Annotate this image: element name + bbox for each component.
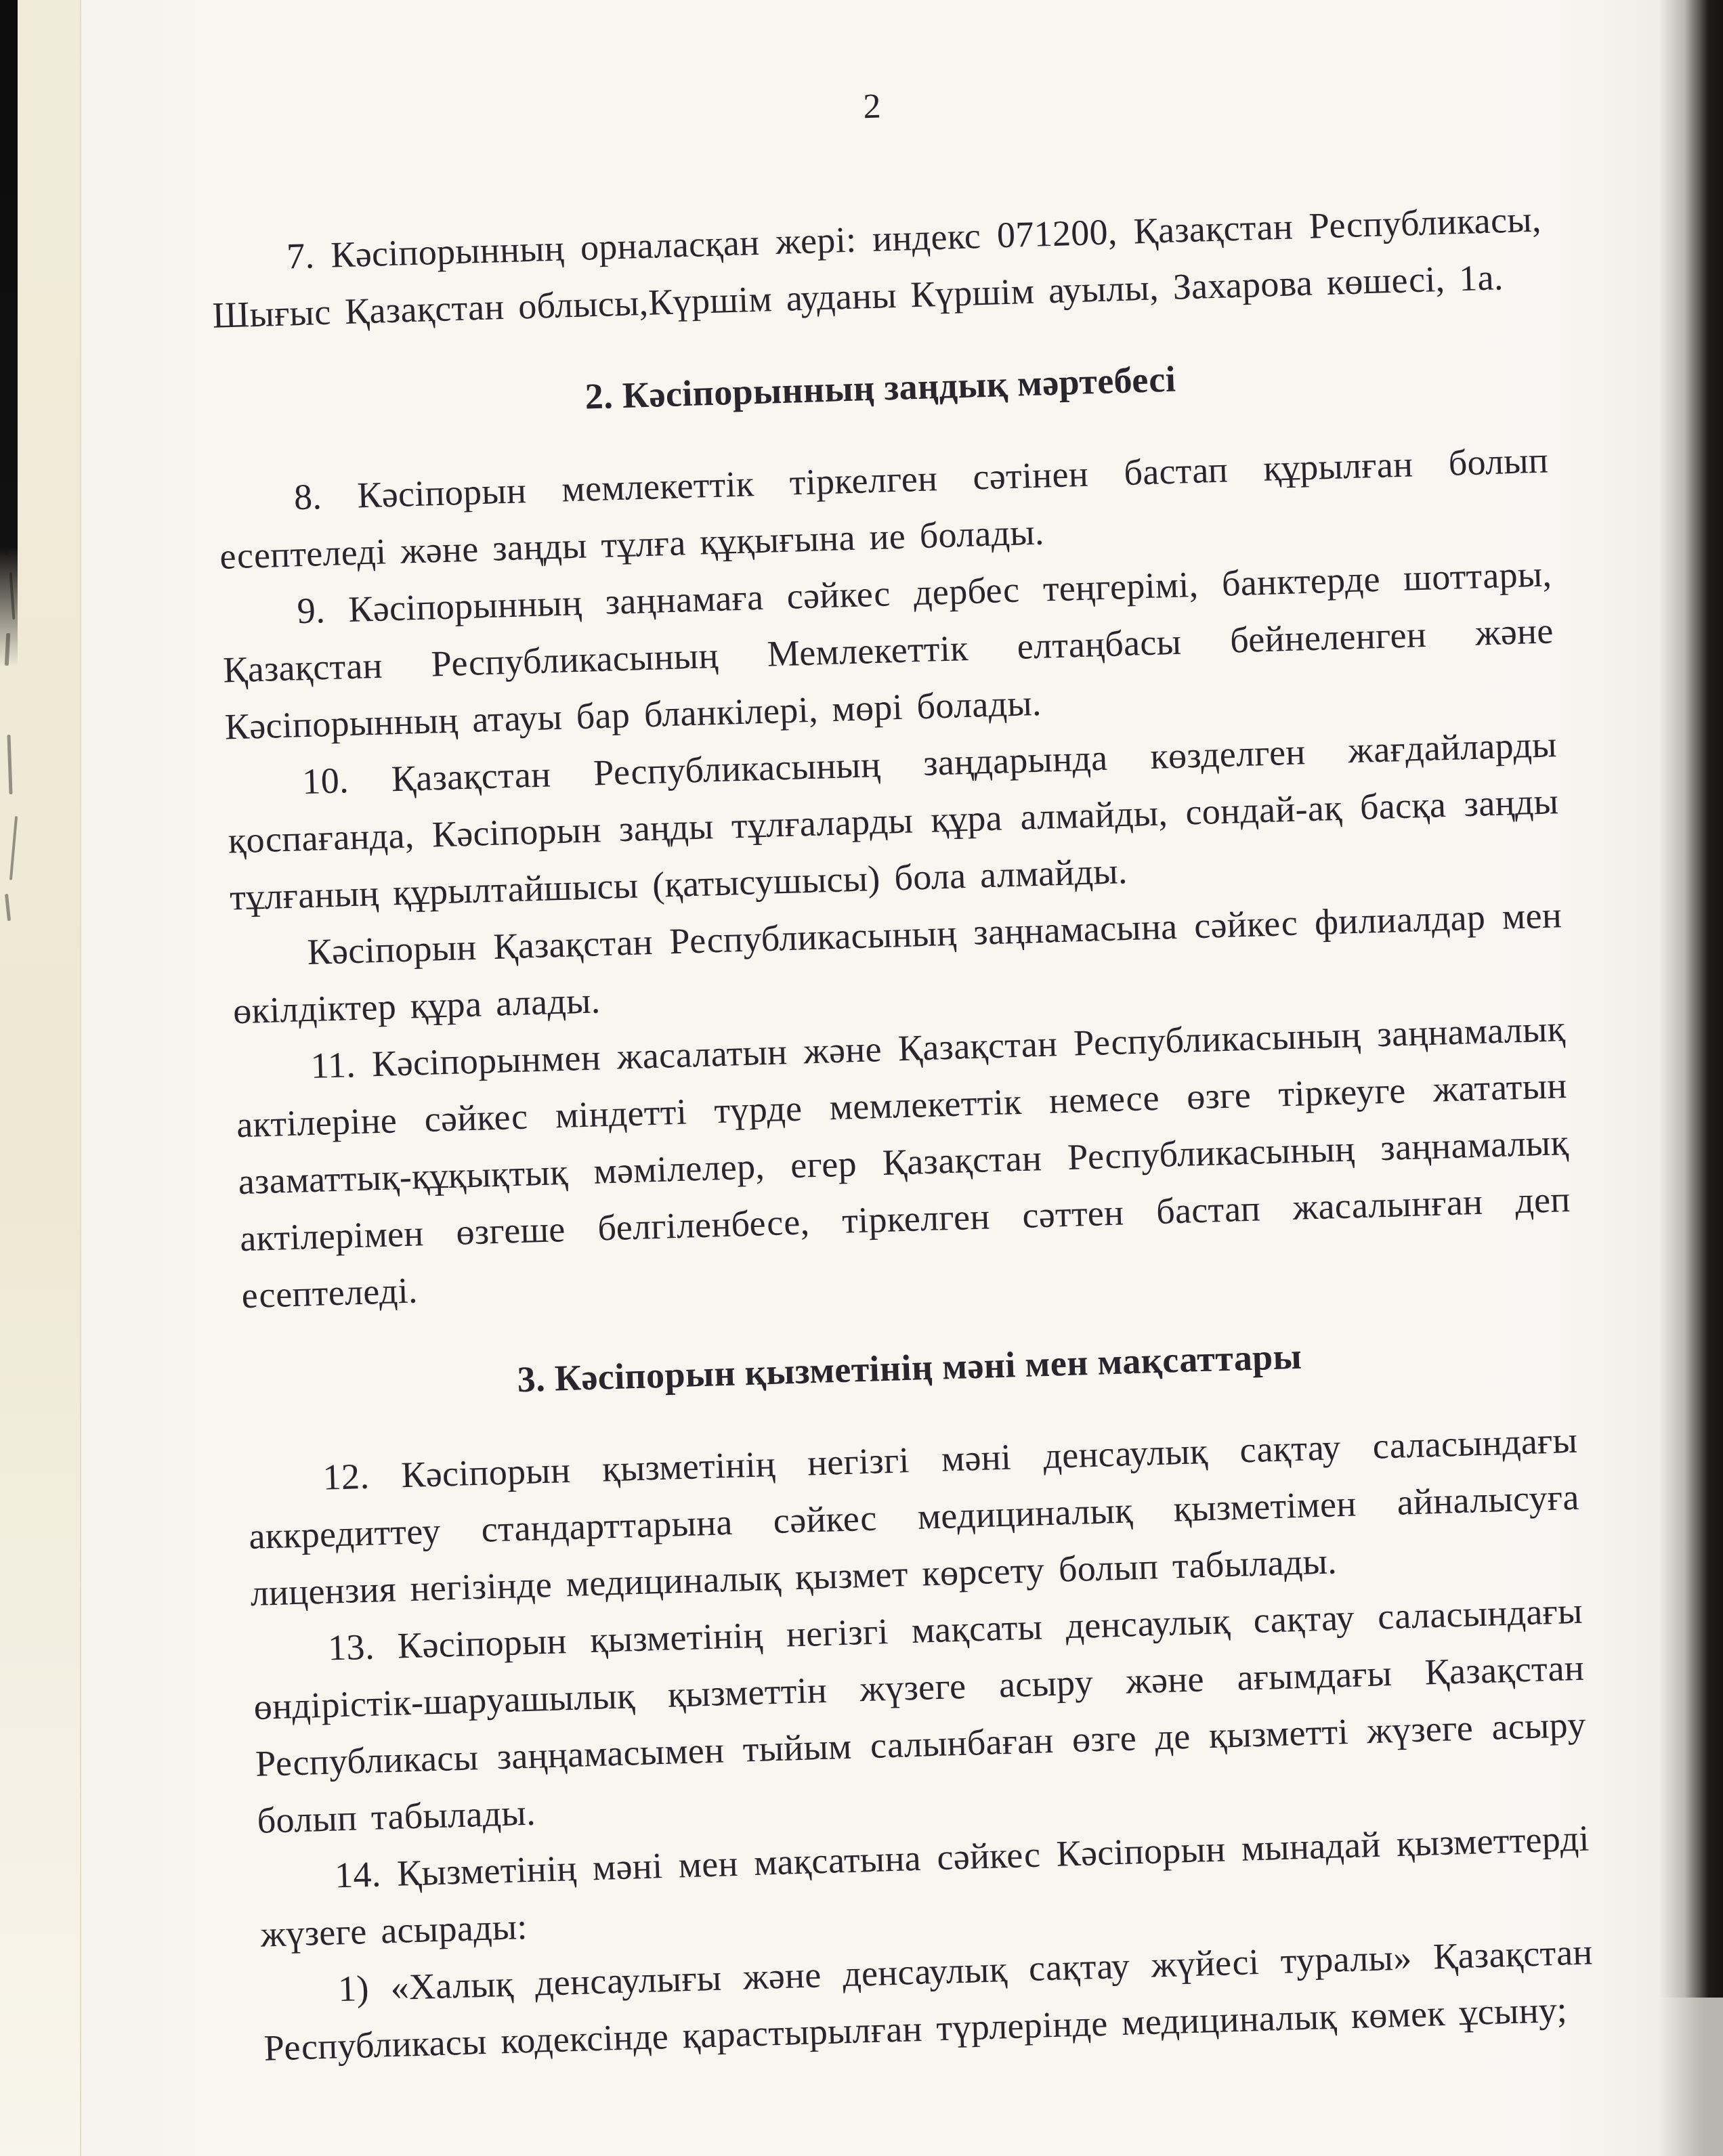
book-spine-shadow-fade <box>1659 1998 1723 2156</box>
book-spine-shadow <box>1659 0 1723 1998</box>
paragraph-7: 7. Кәсіпорынның орналасқан жері: индекс … <box>210 191 1544 344</box>
paragraph-13: 13. Кәсіпорын қызметінің негізгі мақсаты… <box>251 1582 1588 1849</box>
section-3-heading: 3. Кәсіпорын қызметінің мәні мен мақсатт… <box>244 1320 1576 1416</box>
scan-artifact-mark <box>9 816 18 880</box>
scan-artifact-mark <box>7 735 12 794</box>
section-2-heading: 2. Кәсіпорынның заңдық мәртебесі <box>215 339 1547 435</box>
scan-artifact-mark <box>5 894 11 921</box>
scanned-document-page: 2 7. Кәсіпорынның орналасқан жері: индек… <box>0 0 1723 2156</box>
document-text-block: 2 7. Кәсіпорынның орналасқан жері: индек… <box>203 0 1595 2077</box>
paragraph-11: 11. Кәсіпорынмен жасалатын және Қазақста… <box>234 1000 1573 1324</box>
scan-edge-dark-strip <box>0 0 18 667</box>
page-number: 2 <box>206 57 1538 157</box>
